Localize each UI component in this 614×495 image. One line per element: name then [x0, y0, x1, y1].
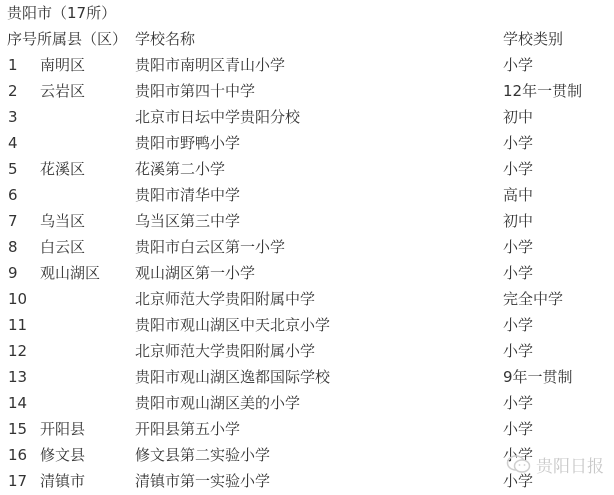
table-row: 5花溪区花溪第二小学小学 [0, 156, 614, 182]
table-row: 1南明区贵阳市南明区青山小学小学 [0, 52, 614, 78]
row-district: 观山湖区 [40, 260, 100, 286]
table-row: 2云岩区贵阳市第四十中学12年一贯制 [0, 78, 614, 104]
row-seq: 17 [8, 468, 27, 494]
row-seq: 16 [8, 442, 27, 468]
row-school-name: 贵阳市白云区第一小学 [135, 234, 285, 260]
row-seq: 8 [8, 234, 18, 260]
header-seq-district: 序号所属县（区） [7, 26, 127, 52]
row-school-name: 乌当区第三中学 [135, 208, 240, 234]
row-seq: 2 [8, 78, 18, 104]
row-seq: 15 [8, 416, 27, 442]
row-school-name: 贵阳市南明区青山小学 [135, 52, 285, 78]
row-school-category: 小学 [503, 52, 533, 78]
table-header: 序号所属县（区） 学校名称 学校类别 [0, 26, 614, 52]
section-title-row: 贵阳市（17所） [0, 0, 614, 26]
row-school-category: 小学 [503, 260, 533, 286]
table-row: 17清镇市清镇市第一实验小学小学 [0, 468, 614, 494]
row-school-name: 北京师范大学贵阳附属小学 [135, 338, 315, 364]
row-school-category: 小学 [503, 338, 533, 364]
row-seq: 13 [8, 364, 27, 390]
table-row: 8白云区贵阳市白云区第一小学小学 [0, 234, 614, 260]
row-school-category: 小学 [503, 416, 533, 442]
table-row: 11贵阳市观山湖区中天北京小学小学 [0, 312, 614, 338]
row-school-category: 9年一贯制 [503, 364, 573, 390]
table-row: 16修文县修文县第二实验小学小学 [0, 442, 614, 468]
row-district: 花溪区 [40, 156, 85, 182]
row-school-category: 小学 [503, 390, 533, 416]
row-seq: 14 [8, 390, 27, 416]
row-district: 云岩区 [40, 78, 85, 104]
row-district: 开阳县 [40, 416, 85, 442]
table-row: 9观山湖区观山湖区第一小学小学 [0, 260, 614, 286]
row-school-name: 开阳县第五小学 [135, 416, 240, 442]
row-district: 乌当区 [40, 208, 85, 234]
row-school-category: 初中 [503, 104, 533, 130]
row-school-category: 完全中学 [503, 286, 563, 312]
row-school-category: 小学 [503, 130, 533, 156]
row-seq: 12 [8, 338, 27, 364]
row-school-category: 初中 [503, 208, 533, 234]
table-row: 10北京师范大学贵阳附属中学完全中学 [0, 286, 614, 312]
row-seq: 10 [8, 286, 27, 312]
row-seq: 11 [8, 312, 27, 338]
row-school-name: 贵阳市野鸭小学 [135, 130, 240, 156]
row-school-name: 贵阳市观山湖区逸都国际学校 [135, 364, 330, 390]
section-title: 贵阳市（17所） [7, 0, 116, 26]
row-school-category: 小学 [503, 156, 533, 182]
row-seq: 5 [8, 156, 18, 182]
row-school-name: 北京师范大学贵阳附属中学 [135, 286, 315, 312]
row-district: 南明区 [40, 52, 85, 78]
row-school-name: 观山湖区第一小学 [135, 260, 255, 286]
table-row: 7乌当区乌当区第三中学初中 [0, 208, 614, 234]
table-row: 14贵阳市观山湖区美的小学小学 [0, 390, 614, 416]
row-school-category: 高中 [503, 182, 533, 208]
row-school-category: 小学 [503, 468, 533, 494]
row-school-category: 小学 [503, 234, 533, 260]
table-row: 4贵阳市野鸭小学小学 [0, 130, 614, 156]
table-row: 15开阳县开阳县第五小学小学 [0, 416, 614, 442]
row-district: 白云区 [40, 234, 85, 260]
row-school-category: 12年一贯制 [503, 78, 582, 104]
row-school-name: 清镇市第一实验小学 [135, 468, 270, 494]
row-school-name: 北京市日坛中学贵阳分校 [135, 104, 300, 130]
row-school-name: 修文县第二实验小学 [135, 442, 270, 468]
row-school-category: 小学 [503, 312, 533, 338]
table-row: 12北京师范大学贵阳附属小学小学 [0, 338, 614, 364]
row-school-name: 贵阳市清华中学 [135, 182, 240, 208]
row-school-name: 贵阳市第四十中学 [135, 78, 255, 104]
row-school-name: 贵阳市观山湖区美的小学 [135, 390, 300, 416]
row-seq: 6 [8, 182, 18, 208]
row-seq: 7 [8, 208, 18, 234]
row-seq: 9 [8, 260, 18, 286]
row-school-name: 贵阳市观山湖区中天北京小学 [135, 312, 330, 338]
header-school-name: 学校名称 [135, 26, 195, 52]
header-school-category: 学校类别 [503, 26, 563, 52]
table-row: 13贵阳市观山湖区逸都国际学校9年一贯制 [0, 364, 614, 390]
row-school-category: 小学 [503, 442, 533, 468]
row-seq: 3 [8, 104, 18, 130]
table-row: 3北京市日坛中学贵阳分校初中 [0, 104, 614, 130]
row-district: 修文县 [40, 442, 85, 468]
row-seq: 1 [8, 52, 18, 78]
row-district: 清镇市 [40, 468, 85, 494]
row-school-name: 花溪第二小学 [135, 156, 225, 182]
table-row: 6贵阳市清华中学高中 [0, 182, 614, 208]
row-seq: 4 [8, 130, 18, 156]
